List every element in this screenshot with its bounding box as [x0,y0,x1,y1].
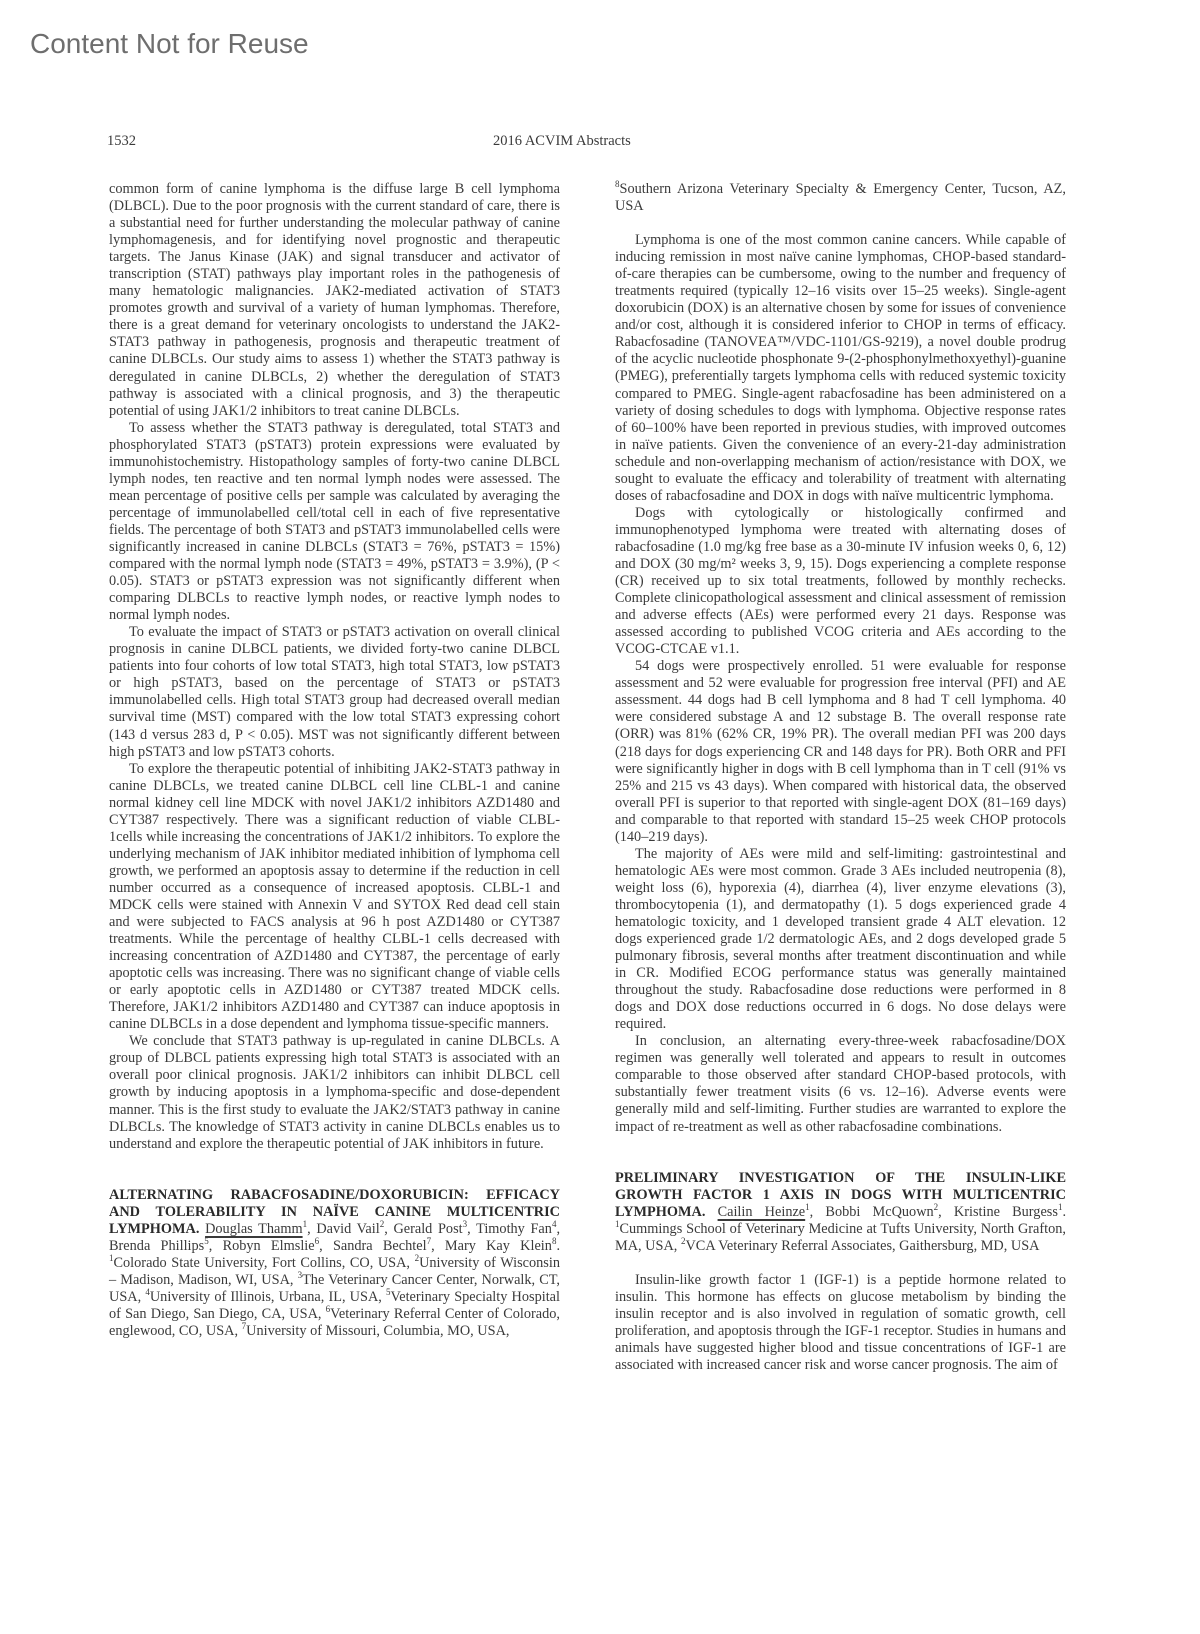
author: Brenda Phillips [109,1238,204,1254]
author-sup: 1 [303,1219,308,1229]
abstract-heading: PRELIMINARY INVESTIGATION OF THE INSULIN… [615,1170,1066,1255]
body-paragraph: Dogs with cytologically or histologicall… [615,505,1066,658]
affiliation-continued: 8Southern Arizona Veterinary Specialty &… [615,181,1066,215]
presenting-author: Cailin Heinze [718,1204,806,1220]
affiliation: Southern Arizona Veterinary Specialty & … [615,181,1066,214]
author-sup: 5 [204,1236,209,1246]
affiliation: University of Illinois, Urbana, IL, USA, [150,1289,382,1305]
body-paragraph: common form of canine lymphoma is the di… [109,181,560,420]
section-spacer [615,1136,1066,1170]
section-spacer [615,215,1066,232]
left-column: common form of canine lymphoma is the di… [109,181,560,1340]
author: Sandra Bechtel [333,1238,427,1254]
presenting-author: Douglas Thamm [205,1221,303,1237]
body-paragraph: To evaluate the impact of STAT3 or pSTAT… [109,624,560,760]
body-paragraph: To assess whether the STAT3 pathway is d… [109,420,560,625]
author-sup: 8 [552,1236,557,1246]
section-spacer [109,1153,560,1187]
affiliation-list: 1Colorado State University, Fort Collins… [109,1255,560,1339]
body-paragraph: The majority of AEs were mild and self-l… [615,846,1066,1034]
author-sup: 7 [427,1236,432,1246]
affiliation-list: 1Cummings School of Veterinary Medicine … [615,1221,1066,1254]
affiliation: VCA Veterinary Referral Associates, Gait… [685,1238,1039,1254]
author: Mary Kay Klein [445,1238,552,1254]
author-sup: 4 [552,1219,557,1229]
author: Timothy Fan [476,1221,552,1237]
author-sup: 2 [934,1202,939,1212]
author-sup: 1 [1058,1202,1063,1212]
author: Kristine Burgess [954,1204,1058,1220]
body-paragraph: Insulin-like growth factor 1 (IGF-1) is … [615,1272,1066,1374]
author: David Vail [316,1221,379,1237]
author: Robyn Elmslie [223,1238,315,1254]
body-paragraph: We conclude that STAT3 pathway is up-reg… [109,1033,560,1152]
section-spacer [615,1255,1066,1272]
author-list: Cailin Heinze1, Bobbi McQuown2, Kristine… [718,1204,1066,1220]
body-paragraph: 54 dogs were prospectively enrolled. 51 … [615,658,1066,846]
journal-running-title: 2016 ACVIM Abstracts [493,133,631,150]
body-paragraph: Lymphoma is one of the most common canin… [615,232,1066,505]
author-sup: 3 [463,1219,468,1229]
author: Gerald Post [393,1221,462,1237]
page-number: 1532 [107,133,136,150]
abstract-heading: ALTERNATING RABACFOSADINE/DOXORUBICIN: E… [109,1187,560,1340]
affiliation: University of Missouri, Columbia, MO, US… [246,1323,509,1339]
watermark: Content Not for Reuse [30,28,309,60]
right-column: 8Southern Arizona Veterinary Specialty &… [615,181,1066,1374]
body-paragraph: To explore the therapeutic potential of … [109,761,560,1034]
affiliation: Colorado State University, Fort Collins,… [114,1255,411,1271]
author-sup: 6 [315,1236,320,1246]
author-sup: 2 [380,1219,385,1229]
body-paragraph: In conclusion, an alternating every-thre… [615,1033,1066,1135]
author: Bobbi McQuown [825,1204,933,1220]
author-sup: 1 [805,1202,810,1212]
